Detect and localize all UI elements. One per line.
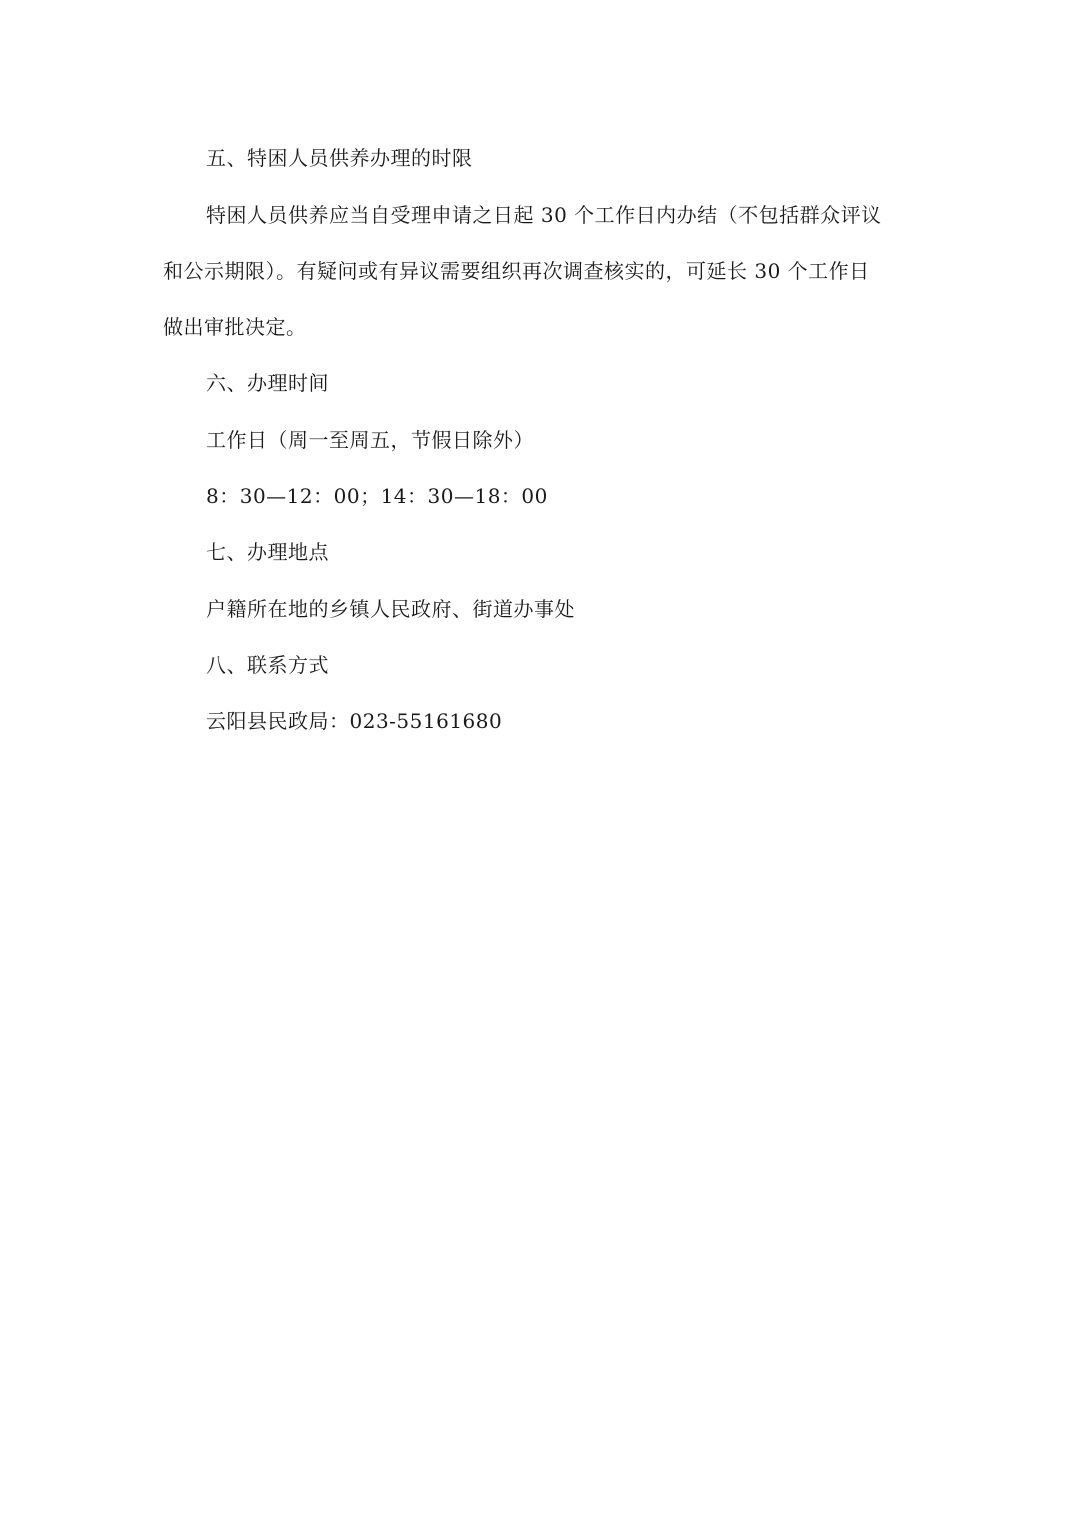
document-page: 五、特困人员供养办理的时限 特困人员供养应当自受理申请之日起 30 个工作日内办… bbox=[0, 0, 1074, 1520]
paragraph-line: 特困人员供养应当自受理申请之日起 30 个工作日内办结（不包括群众评议 bbox=[206, 203, 882, 227]
paragraph-line: 做出审批决定。 bbox=[163, 315, 307, 339]
location-text: 户籍所在地的乡镇人民政府、街道办事处 bbox=[206, 597, 575, 621]
working-days-text: 工作日（周一至周五，节假日除外） bbox=[206, 428, 534, 452]
section-heading-office-hours: 六、办理时间 bbox=[206, 371, 329, 395]
working-hours-text: 8：30—12：00；14：30—18：00 bbox=[206, 484, 548, 508]
section-heading-location: 七、办理地点 bbox=[206, 540, 329, 564]
contact-text: 云阳县民政局：023-55161680 bbox=[206, 709, 502, 733]
section-heading-contact: 八、联系方式 bbox=[206, 653, 329, 677]
section-heading-time-limit: 五、特困人员供养办理的时限 bbox=[206, 146, 473, 170]
paragraph-line: 和公示期限）。有疑问或有异议需要组织再次调查核实的，可延长 30 个工作日 bbox=[163, 259, 870, 283]
